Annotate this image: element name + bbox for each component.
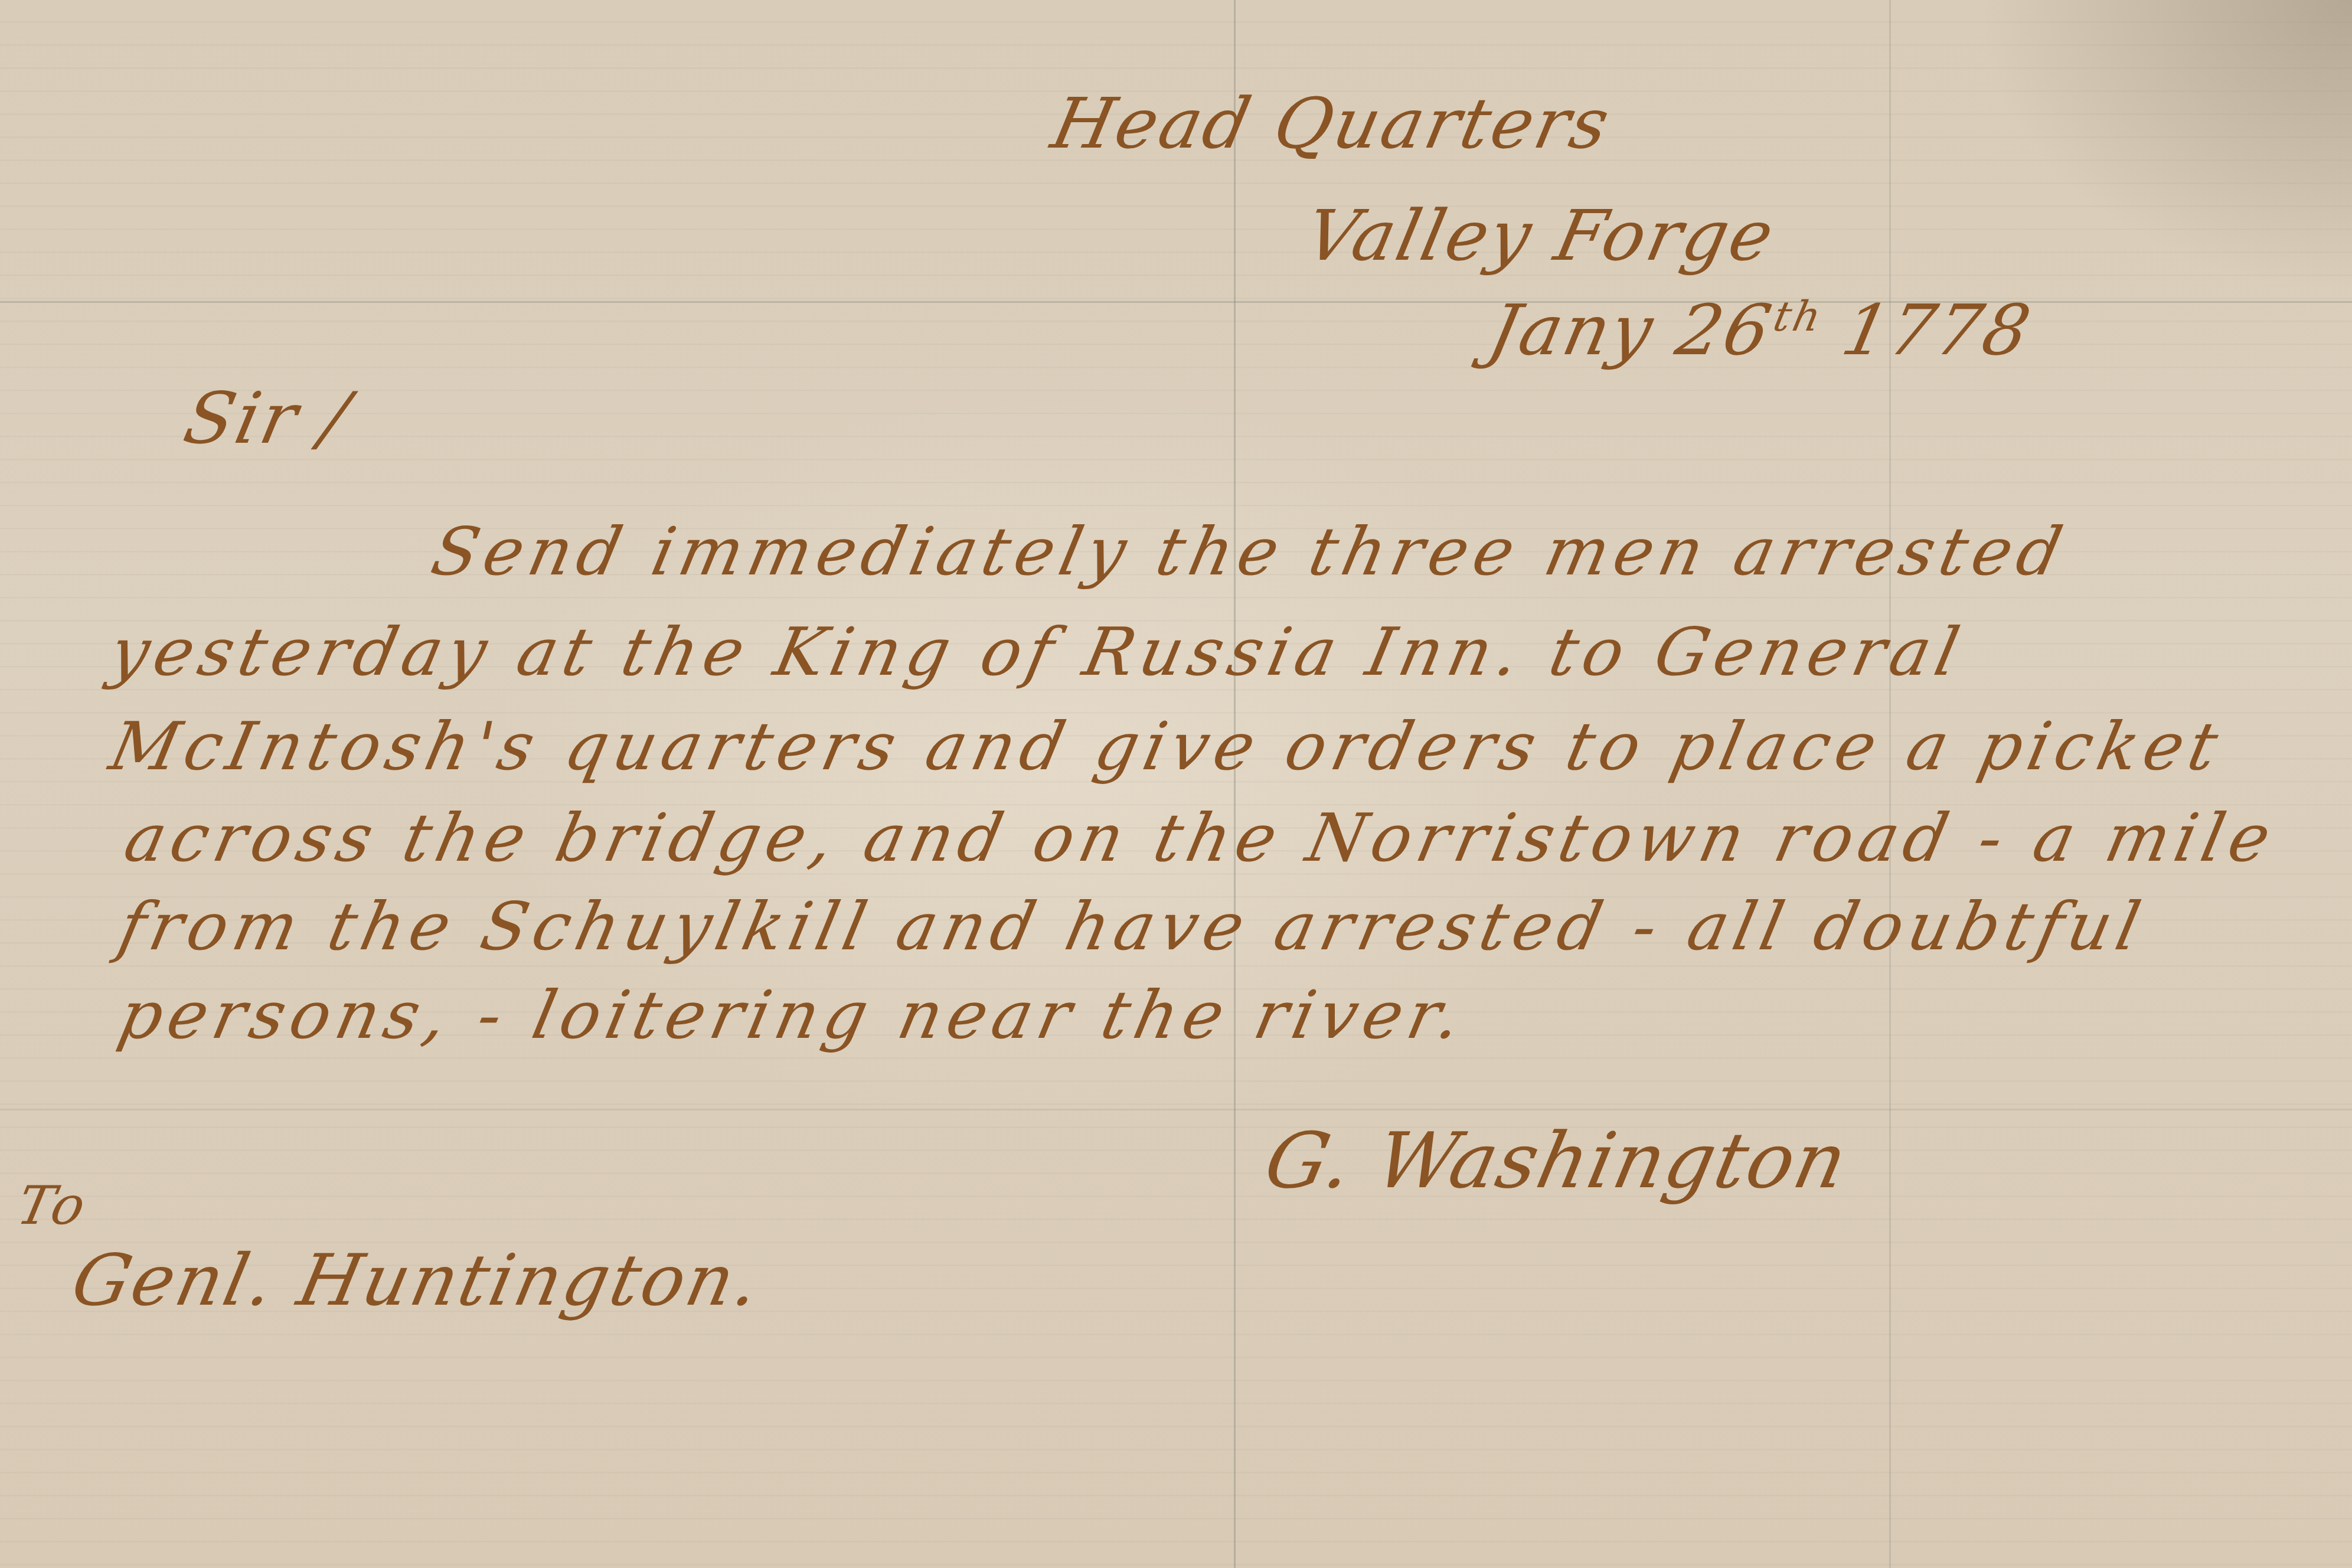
address-recipient: Genl. Huntington. xyxy=(65,1240,769,1322)
body-line-1: Send immediately the three men arrested xyxy=(425,514,2075,590)
signature: G. Washington xyxy=(1257,1116,1856,1206)
body-line-3: McIntosh's quarters and give orders to p… xyxy=(103,708,2230,785)
body-line-6: persons, - loitering near the river. xyxy=(112,977,1474,1054)
date-year: 1778 xyxy=(1835,289,2040,371)
heading-location: Valley Forge xyxy=(1299,195,1783,276)
body-line-4: across the bridge, and on the Norristown… xyxy=(118,800,2283,877)
heading-date: Jany 26th 1778 xyxy=(1482,289,2039,371)
letter-page: Head Quarters Valley Forge Jany 26th 177… xyxy=(0,0,2352,1568)
date-month-day: Jany 26 xyxy=(1482,289,1780,371)
body-line-2: yesterday at the King of Russia Inn. to … xyxy=(103,614,1971,691)
salutation: Sir / xyxy=(177,378,358,460)
address-to: To xyxy=(12,1175,93,1237)
heading-place: Head Quarters xyxy=(1045,83,1618,164)
body-line-5: from the Schuylkill and have arrested - … xyxy=(112,888,2152,965)
fold-crease-horizontal xyxy=(0,1109,2352,1110)
date-ordinal: th xyxy=(1769,292,1828,341)
